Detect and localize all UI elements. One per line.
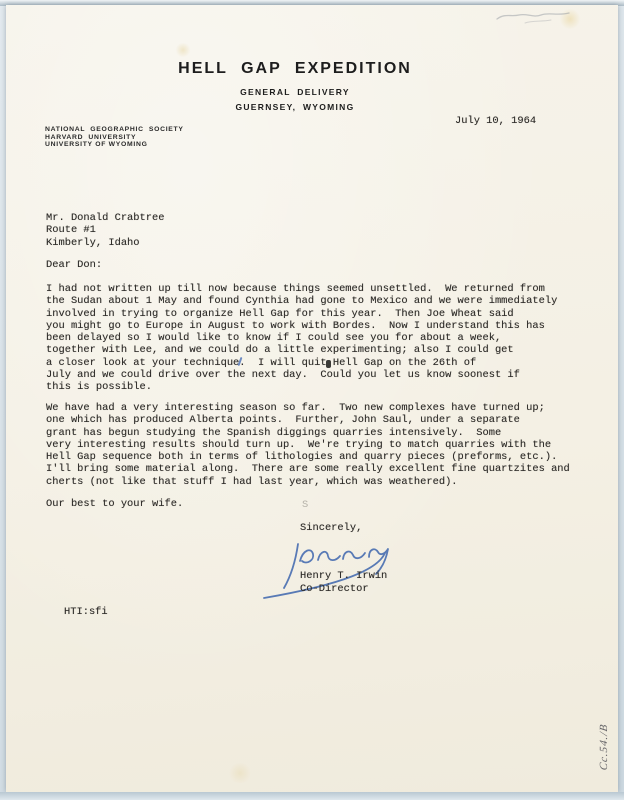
salutation: Dear Don:	[46, 259, 102, 271]
text-line: I'll bring some material along. There ar…	[46, 463, 570, 475]
text-line: cherts (not like that stuff I had last y…	[46, 476, 570, 488]
text-line: involved in trying to organize Hell Gap …	[46, 308, 557, 320]
typed-signature-title: Co-Director	[300, 583, 369, 595]
text-line: a closer look at your technique. I will …	[46, 357, 557, 369]
text-line: this is possible.	[46, 381, 557, 393]
closing-line: Our best to your wife.	[46, 498, 183, 510]
reference-initials: HTI:sfi	[64, 606, 108, 618]
letter-date: July 10, 1964	[455, 115, 536, 127]
text-line: UNIVERSITY OF WYOMING	[45, 141, 184, 149]
ghost-typed-character: S	[302, 499, 308, 511]
text-line: Mr. Donald Crabtree	[46, 212, 164, 224]
paper-stain	[228, 763, 252, 783]
text-line: one which has produced Alberta points. F…	[46, 414, 570, 426]
text-line: together with Lee, and we could do a lit…	[46, 344, 557, 356]
text-line: very interesting results should turn up.…	[46, 439, 570, 451]
letterhead-organizations: NATIONAL GEOGRAPHIC SOCIETYHARVARD UNIVE…	[45, 126, 184, 149]
text-line: I had not written up till now because th…	[46, 283, 557, 295]
ink-blot-mark	[326, 360, 331, 368]
recipient-address: Mr. Donald CrabtreeRoute #1Kimberly, Ida…	[46, 212, 164, 249]
text-line: Hell Gap sequence both in terms of litho…	[46, 451, 570, 463]
typed-signature-name: Henry T. Irwin	[300, 570, 387, 582]
text-line: the Sudan about 1 May and found Cynthia …	[46, 295, 557, 307]
text-line: July and we could drive over the next da…	[46, 369, 557, 381]
scan-background: { "letterhead": { "title": "HELL GAP EXP…	[0, 0, 624, 800]
text-line: grant has begun studying the Spanish dig…	[46, 427, 570, 439]
archive-margin-note: Cc.54./B	[598, 701, 610, 793]
text-line: HARVARD UNIVERSITY	[45, 134, 184, 142]
text-line: you might go to Europe in August to work…	[46, 320, 557, 332]
scan-edge-bottom	[0, 792, 624, 800]
letterhead-address-line1: GENERAL DELIVERY	[175, 87, 415, 97]
text-line: been delayed so I would like to know if …	[46, 332, 557, 344]
text-line: Route #1	[46, 224, 164, 236]
pencil-scribble	[495, 7, 573, 27]
letterhead-address-line2: GUERNSEY, WYOMING	[175, 102, 415, 112]
body-paragraph-2: We have had a very interesting season so…	[46, 402, 570, 488]
text-line: Kimberly, Idaho	[46, 237, 164, 249]
signoff: Sincerely,	[300, 522, 362, 534]
letter-page: HELL GAP EXPEDITION GENERAL DELIVERY GUE…	[6, 5, 618, 792]
text-line: NATIONAL GEOGRAPHIC SOCIETY	[45, 126, 184, 134]
body-paragraph-1: I had not written up till now because th…	[46, 283, 557, 394]
paper-stain	[175, 43, 191, 57]
letterhead-title: HELL GAP EXPEDITION	[175, 60, 415, 78]
text-line: We have had a very interesting season so…	[46, 402, 570, 414]
